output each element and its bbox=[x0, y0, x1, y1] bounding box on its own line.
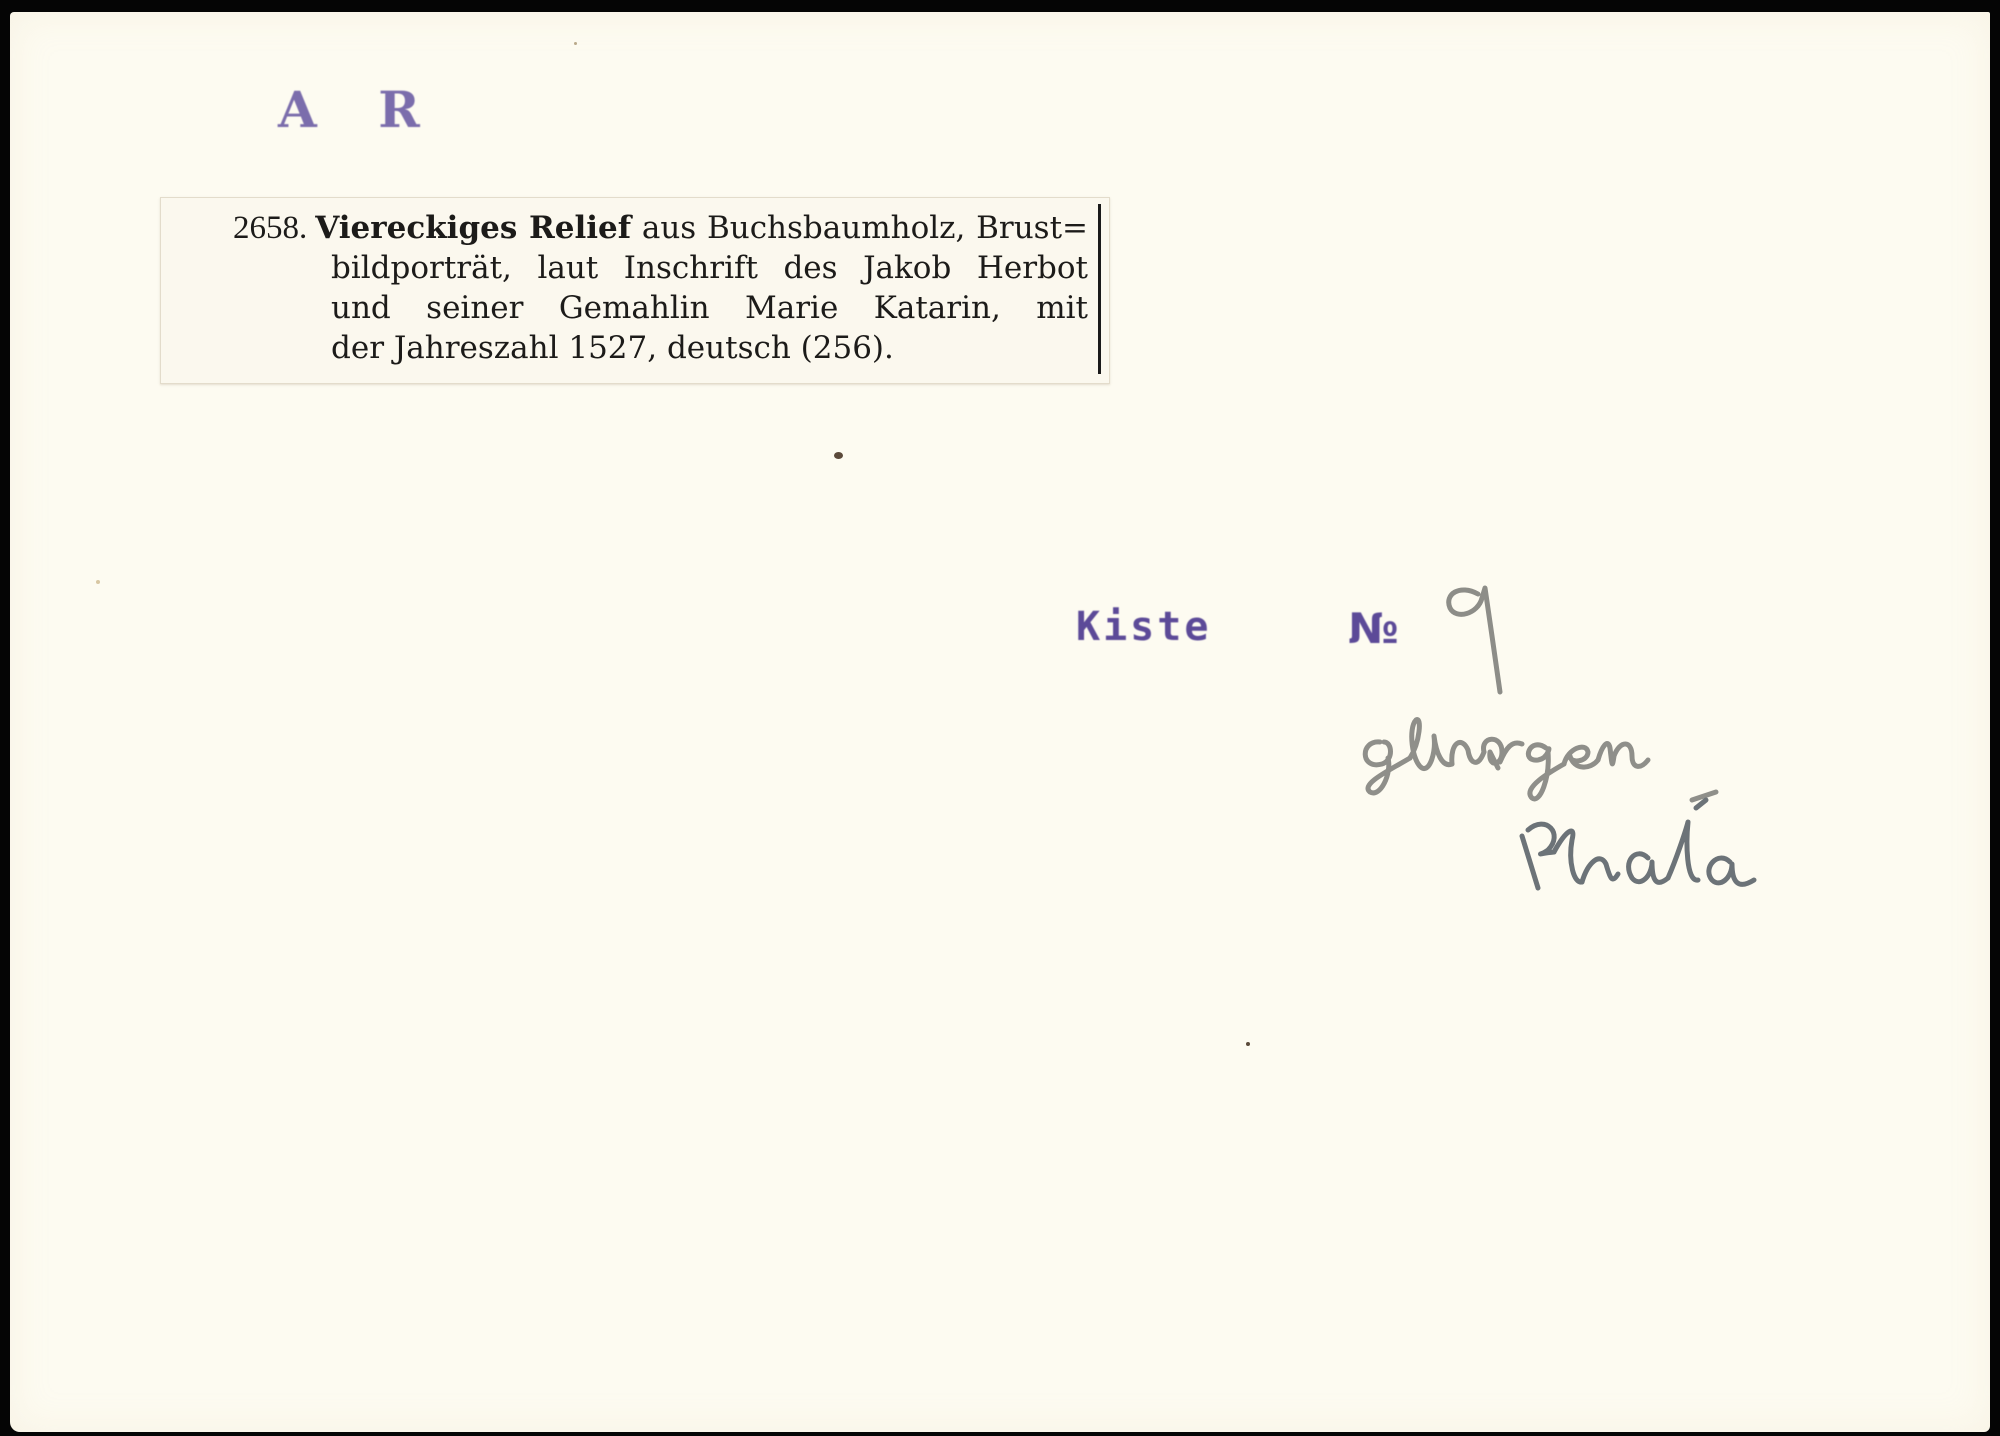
entry-line-3: und seiner Gemahlin Marie Katarin, mit bbox=[233, 288, 1088, 328]
entry-line-4: der Jahreszahl 1527, deutsch (256). bbox=[233, 328, 1088, 368]
catalog-number: 2658. bbox=[233, 210, 307, 246]
numero-sign: № bbox=[1348, 604, 1399, 653]
entry-title: Viereckiges Relief bbox=[315, 210, 631, 246]
initials-stamp: A R bbox=[278, 80, 442, 139]
handwritten-box-number bbox=[1438, 580, 1508, 710]
ink-speck bbox=[834, 452, 843, 459]
clipping-column-rule bbox=[1098, 204, 1101, 374]
entry-line-2: bildporträt, laut Inschrift des Jakob He… bbox=[233, 248, 1088, 288]
entry-line-1: aus Buchsbaumholz, Brust= bbox=[642, 210, 1088, 246]
handwritten-note bbox=[1350, 712, 1790, 912]
archive-card: A R 2658.Viereckiges Relief aus Buchsbau… bbox=[10, 12, 1990, 1432]
catalog-entry-text: 2658.Viereckiges Relief aus Buchsbaumhol… bbox=[233, 208, 1088, 368]
ink-speck bbox=[1246, 1042, 1250, 1046]
ink-speck bbox=[574, 42, 577, 45]
kiste-stamp: Kiste bbox=[1076, 604, 1211, 650]
catalog-clipping: 2658.Viereckiges Relief aus Buchsbaumhol… bbox=[160, 197, 1110, 384]
ink-speck bbox=[96, 580, 100, 584]
